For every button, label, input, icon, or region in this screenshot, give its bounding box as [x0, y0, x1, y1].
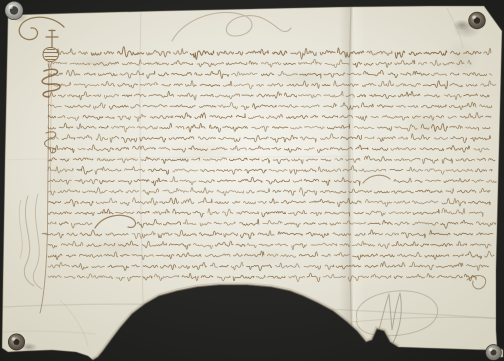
pin-highlight — [12, 337, 16, 341]
screenshot-root — [0, 0, 504, 361]
pin-highlight — [472, 15, 476, 19]
pin-highlight — [489, 348, 493, 352]
charter-photograph — [0, 0, 504, 361]
age-stain — [290, 140, 410, 220]
pin-highlight — [9, 5, 13, 9]
age-stain — [153, 134, 257, 170]
age-stain — [396, 208, 468, 256]
